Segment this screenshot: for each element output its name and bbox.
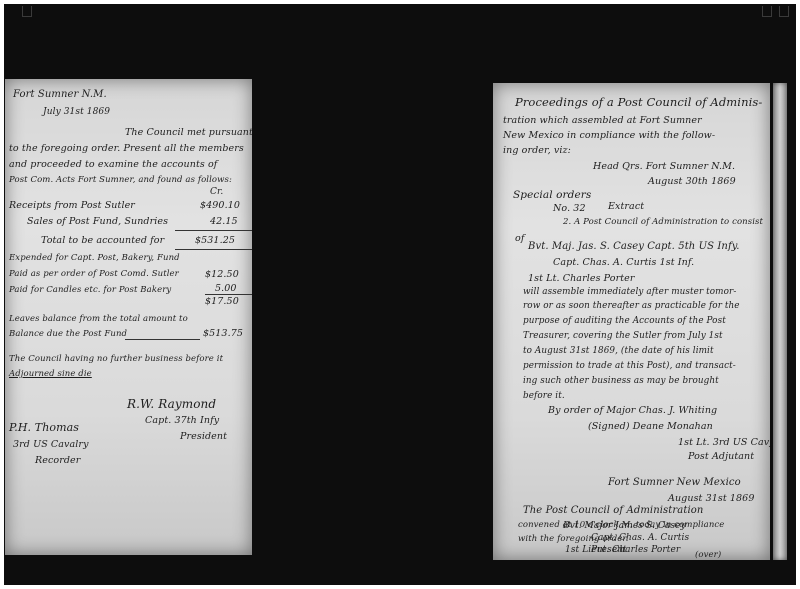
expenditure-total: $17.50 [205,296,239,307]
hq-line: Head Qrs. Fort Sumner N.M. [593,161,735,172]
president-rank: Capt. 37th Infy [145,415,219,426]
heading-date: July 31st 1869 [43,107,110,117]
order-body: row or as soon thereafter as practicable… [523,301,740,311]
closing-line: Adjourned sine die [9,369,92,379]
signed-by: (Signed) Deane Monahan [588,421,713,432]
body-line: to the foregoing order. Present all the … [9,143,244,154]
meeting-line: with the foregoing order. [518,534,628,544]
heading-place: Fort Sumner N.M. [13,89,107,100]
closing-line: The Council having no further business b… [9,354,223,364]
order-body: to August 31st 1869, (the date of his li… [523,346,714,356]
order-authority: By order of Major Chas. J. Whiting [548,405,717,416]
adjacent-page-edge [773,83,787,560]
title-line: ing order, viz: [503,145,571,156]
balance-line: Balance due the Post Fund [9,329,127,339]
order-body: before it. [523,391,565,401]
total-label: Total to be accounted for [41,235,164,246]
balance-line: Leaves balance from the total amount to [9,314,188,324]
member-line: 1st Lt. Charles Porter [528,273,635,284]
divider [125,339,200,340]
order-body: will assemble immediately after muster t… [523,287,736,297]
meeting-line: The Post Council of Administration [523,505,703,516]
order-body: 2. A Post Council of Administration to c… [563,217,763,227]
left-manuscript-page: Fort Sumner N.M. July 31st 1869 The Coun… [5,79,252,555]
order-body: ing such other business as may be brough… [523,376,719,386]
expenditure-line: Expended for Capt. Post, Bakery, Fund [9,253,180,263]
frame-marker-icon [22,6,32,17]
member-line: Bvt. Maj. Jas. S. Casey Capt. 5th US Inf… [528,241,739,252]
meeting-line: convened at 10 o'clock M. today in compl… [518,520,724,530]
body-line: The Council met pursuant [125,127,252,138]
expenditure-amount: 5.00 [215,283,237,294]
president-signature: R.W. Raymond [127,397,216,411]
divider [175,230,252,231]
recorder-signature: P.H. Thomas [9,421,79,434]
present-label: Present [591,545,627,555]
cr-label: Cr. [210,187,223,197]
president-title: President [180,431,227,442]
order-body: Treasurer, covering the Sutler from July… [523,331,723,341]
body-line: Post Com. Acts Fort Sumner, and found as… [9,175,232,185]
order-number: No. 32 [553,203,586,214]
frame-marker-icon [762,6,772,17]
recorder-title: Recorder [35,455,80,466]
hq-date: August 30th 1869 [648,176,736,187]
order-body: of [515,233,524,244]
receipt-amount: 42.15 [210,216,238,227]
extract-label: Extract [608,201,644,212]
divider [175,249,252,250]
body-line: and proceeded to examine the accounts of [9,159,217,170]
place-line: Fort Sumner New Mexico [608,477,741,488]
receipt-line: Receipts from Post Sutler [9,200,135,211]
balance-amount: $513.75 [203,328,243,339]
title-line: tration which assembled at Fort Sumner [503,115,702,126]
place-date: August 31st 1869 [668,493,754,504]
member-line: Capt. Chas. A. Curtis 1st Inf. [553,257,694,268]
frame-marker-icon [779,6,789,17]
right-manuscript-page: Proceedings of a Post Council of Adminis… [493,83,770,560]
signed-title: Post Adjutant [688,451,754,462]
expenditure-line: Paid for Candles etc. for Post Bakery [9,285,171,295]
signed-rank: 1st Lt. 3rd US Cavy [678,437,770,448]
title-line: Proceedings of a Post Council of Adminis… [515,95,762,109]
order-body: purpose of auditing the Accounts of the … [523,316,726,326]
receipt-amount: $490.10 [200,200,240,211]
order-label: Special orders [513,189,591,201]
divider [205,294,252,295]
receipt-line: Sales of Post Fund, Sundries [27,216,168,227]
title-line: New Mexico in compliance with the follow… [503,130,715,141]
total-amount: $531.25 [195,235,235,246]
page-footer-over: (over) [695,550,721,560]
expenditure-line: Paid as per order of Post Comd. Sutler [9,269,179,279]
order-body: permission to trade at this Post), and t… [523,361,736,371]
expenditure-amount: $12.50 [205,269,239,280]
recorder-rank: 3rd US Cavalry [13,439,89,450]
